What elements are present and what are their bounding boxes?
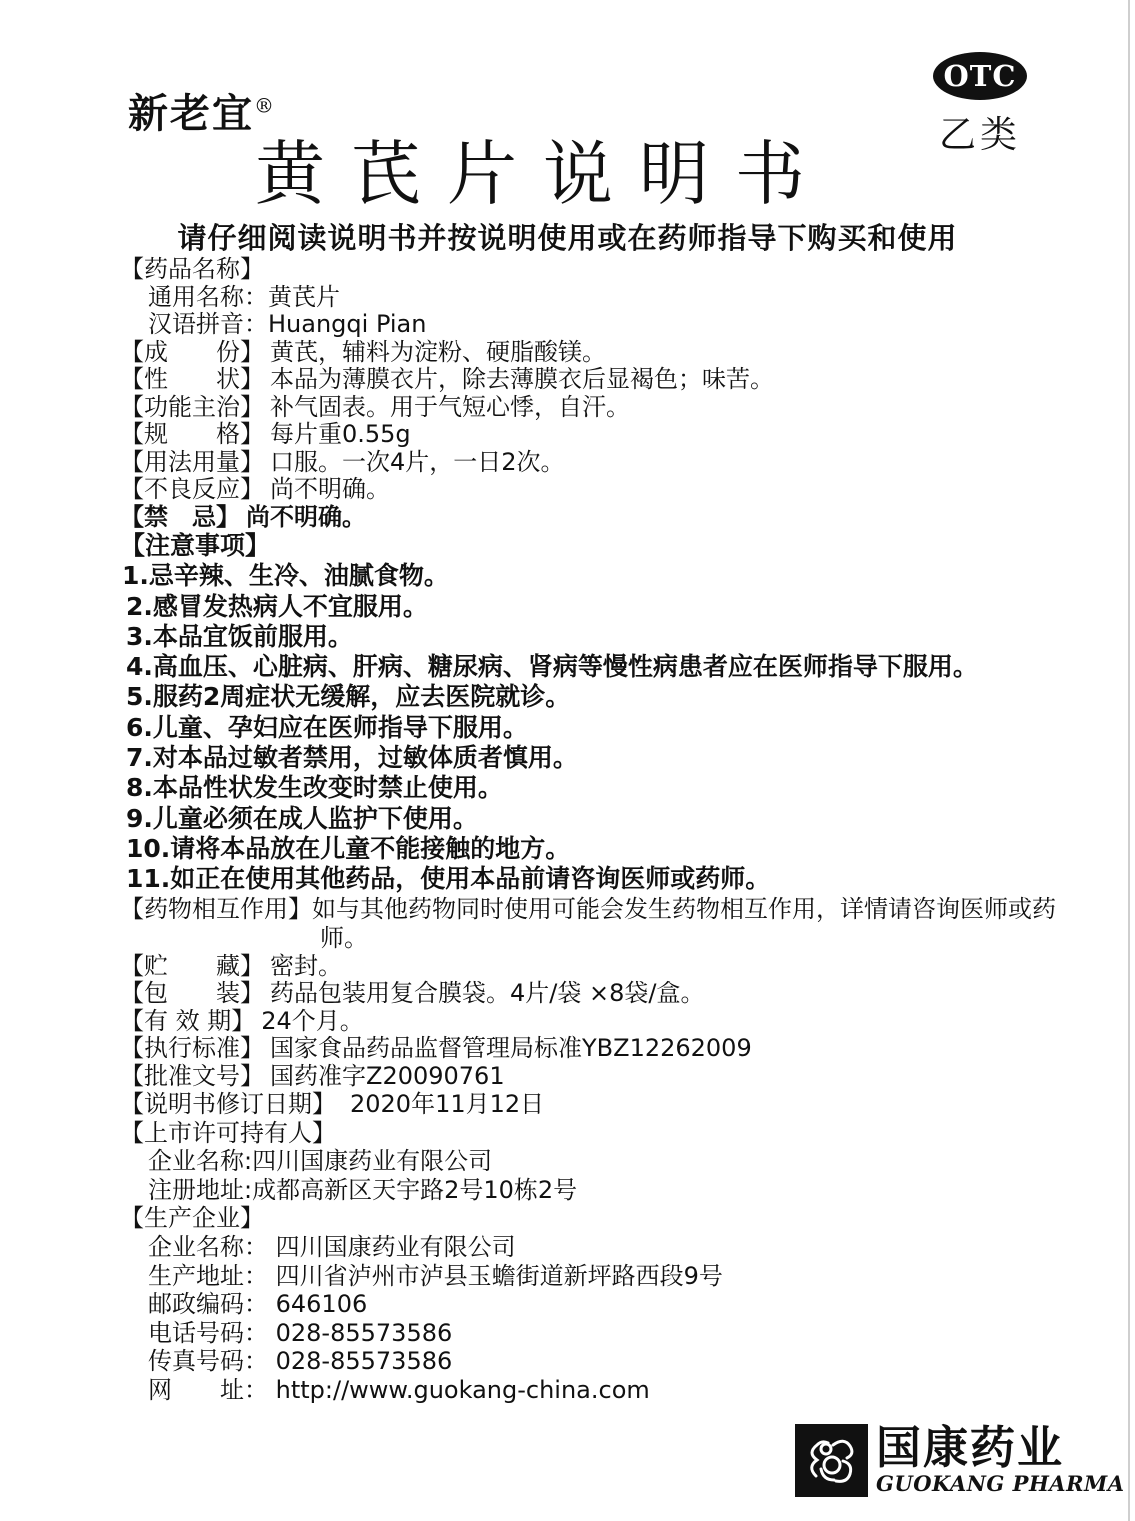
leaflet-page: 新老宜® OTC 乙类 黄芪片说明书 请仔细阅读说明书并按说明使用或在药师指导下… [0,0,1135,1521]
precaution-item: 9.儿童必须在成人监护下使用。 [120,804,1070,834]
specification-label: 【规 格】 [120,420,264,448]
standard-label: 【执行标准】 [120,1034,264,1062]
precaution-item: 11.如正在使用其他药品，使用本品前请咨询医师或药师。 [120,864,1070,894]
section-functions: 【功能主治】补气固表。用于气短心悸，自汗。 [120,394,1070,422]
precautions-block: 【注意事项】 1.忌辛辣、生冷、油腻食物。 2.感冒发热病人不宜服用。 3.本品… [120,531,1070,895]
section-contraindication: 【禁 忌】尚不明确。 [120,504,1070,532]
package-text: 药品包装用复合膜袋。4片/袋 ×8袋/盒。 [270,979,704,1007]
company-logo-cn: 国康药业 [876,1424,1125,1472]
precaution-item: 5.服药2周症状无缓解，应去医院就诊。 [120,682,1070,712]
section-interactions: 【药物相互作用】如与其他药物同时使用可能会发生药物相互作用，详情请咨询医师或药师… [120,895,1065,953]
otc-badge: OTC [933,52,1027,100]
dosage-label: 【用法用量】 [120,448,264,476]
contraindication-label: 【禁 忌】 [120,503,240,531]
section-specification: 【规 格】每片重0.55g [120,421,1070,449]
validity-text: 24个月。 [261,1007,364,1035]
manufacturer-fax: 传真号码： 028-85573586 [120,1347,1070,1376]
approval-number-text: 国药准字Z20090761 [270,1062,505,1090]
adverse-reactions-label: 【不良反应】 [120,475,264,503]
document-subtitle: 请仔细阅读说明书并按说明使用或在药师指导下购买和使用 [0,216,1135,257]
specification-text: 每片重0.55g [270,420,411,448]
line-pinyin: 汉语拼音：Huangqi Pian [120,311,1070,339]
manufacturer-telephone: 电话号码： 028-85573586 [120,1319,1070,1348]
registered-trademark-icon: ® [254,94,274,118]
precaution-item: 4.高血压、心脏病、肝病、糖尿病、肾病等慢性病患者应在医师指导下服用。 [120,652,1070,682]
functions-text: 补气固表。用于气短心悸，自汗。 [270,393,630,421]
document-title: 黄芪片说明书 [0,118,1060,219]
manufacturer-company-name: 企业名称： 四川国康药业有限公司 [120,1233,1070,1262]
revision-date-text: 2020年11月12日 [350,1090,544,1118]
section-storage: 【贮 藏】密封。 [120,953,1070,981]
document-body: 【药品名称】 通用名称：黄芪片 汉语拼音：Huangqi Pian 【成 份】黄… [120,256,1070,1405]
character-label: 【性 状】 [120,365,264,393]
precaution-item: 1.忌辛辣、生冷、油腻食物。 [120,561,1070,591]
precaution-item: 7.对本品过敏者禁用，过敏体质者慎用。 [120,743,1070,773]
manufacturer-header: 【生产企业】 [120,1204,1070,1233]
manufacturer-postal-code: 邮政编码： 646106 [120,1290,1070,1319]
line-generic-name: 通用名称：黄芪片 [120,284,1070,312]
precautions-header: 【注意事项】 [120,531,1070,561]
precaution-item: 3.本品宜饭前服用。 [120,622,1070,652]
manufacturer-website: 网 址： http://www.guokang-china.com [120,1376,1070,1405]
section-package: 【包 装】药品包装用复合膜袋。4片/袋 ×8袋/盒。 [120,980,1070,1008]
functions-label: 【功能主治】 [120,393,264,421]
company-logo-text: 国康药业 GUOKANG PHARMA [876,1424,1125,1496]
company-logo: 国康药业 GUOKANG PHARMA [795,1424,1125,1497]
precaution-item: 6.儿童、孕妇应在医师指导下服用。 [120,713,1070,743]
license-holder-company-name: 企业名称:四川国康药业有限公司 [120,1147,1070,1176]
section-validity: 【有 效 期】24个月。 [120,1008,1070,1036]
storage-package-block: 【贮 藏】密封。 【包 装】药品包装用复合膜袋。4片/袋 ×8袋/盒。 【有 效… [120,953,1070,1091]
guokang-lion-logo-icon [795,1424,868,1497]
character-text: 本品为薄膜衣片，除去薄膜衣后显褐色；味苦。 [270,365,774,393]
company-info-block: 【说明书修订日期】2020年11月12日 【上市许可持有人】 企业名称:四川国康… [120,1090,1070,1405]
section-ingredients: 【成 份】黄芪，辅料为淀粉、硬脂酸镁。 [120,339,1070,367]
license-holder-registered-address: 注册地址:成都高新区天宇路2号10栋2号 [120,1176,1070,1205]
standard-text: 国家食品药品监督管理局标准YBZ12262009 [270,1034,752,1062]
company-logo-en: GUOKANG PHARMA [876,1472,1125,1496]
dosage-text: 口服。一次4片，一日2次。 [270,448,565,476]
section-adverse-reactions: 【不良反应】尚不明确。 [120,476,1070,504]
interactions-text: 如与其他药物同时使用可能会发生药物相互作用，详情请咨询医师或药师。 [312,895,1056,952]
section-standard: 【执行标准】国家食品药品监督管理局标准YBZ12262009 [120,1035,1070,1063]
ingredients-text: 黄芪，辅料为淀粉、硬脂酸镁。 [270,338,606,366]
revision-date-label: 【说明书修订日期】 [120,1090,336,1118]
interactions-label: 【药物相互作用】 [120,895,312,923]
ingredients-label: 【成 份】 [120,338,264,366]
license-holder-header: 【上市许可持有人】 [120,1119,1070,1148]
section-approval-number: 【批准文号】国药准字Z20090761 [120,1063,1070,1091]
section-dosage: 【用法用量】口服。一次4片，一日2次。 [120,449,1070,477]
validity-label: 【有 效 期】 [120,1007,255,1035]
section-drug-name-header: 【药品名称】 [120,256,1070,284]
approval-number-label: 【批准文号】 [120,1062,264,1090]
precaution-item: 8.本品性状发生改变时禁止使用。 [120,773,1070,803]
manufacturer-production-address: 生产地址： 四川省泸州市泸县玉蟾街道新坪路西段9号 [120,1262,1070,1291]
package-label: 【包 装】 [120,979,264,1007]
section-character: 【性 状】本品为薄膜衣片，除去薄膜衣后显褐色；味苦。 [120,366,1070,394]
section-revision-date: 【说明书修订日期】2020年11月12日 [120,1090,1070,1119]
storage-text: 密封。 [270,952,342,980]
page-edge-line [1128,0,1130,1521]
contraindication-text: 尚不明确。 [246,503,366,531]
adverse-reactions-text: 尚不明确。 [270,475,390,503]
precaution-item: 10.请将本品放在儿童不能接触的地方。 [120,834,1070,864]
precaution-item: 2.感冒发热病人不宜服用。 [120,592,1070,622]
storage-label: 【贮 藏】 [120,952,264,980]
